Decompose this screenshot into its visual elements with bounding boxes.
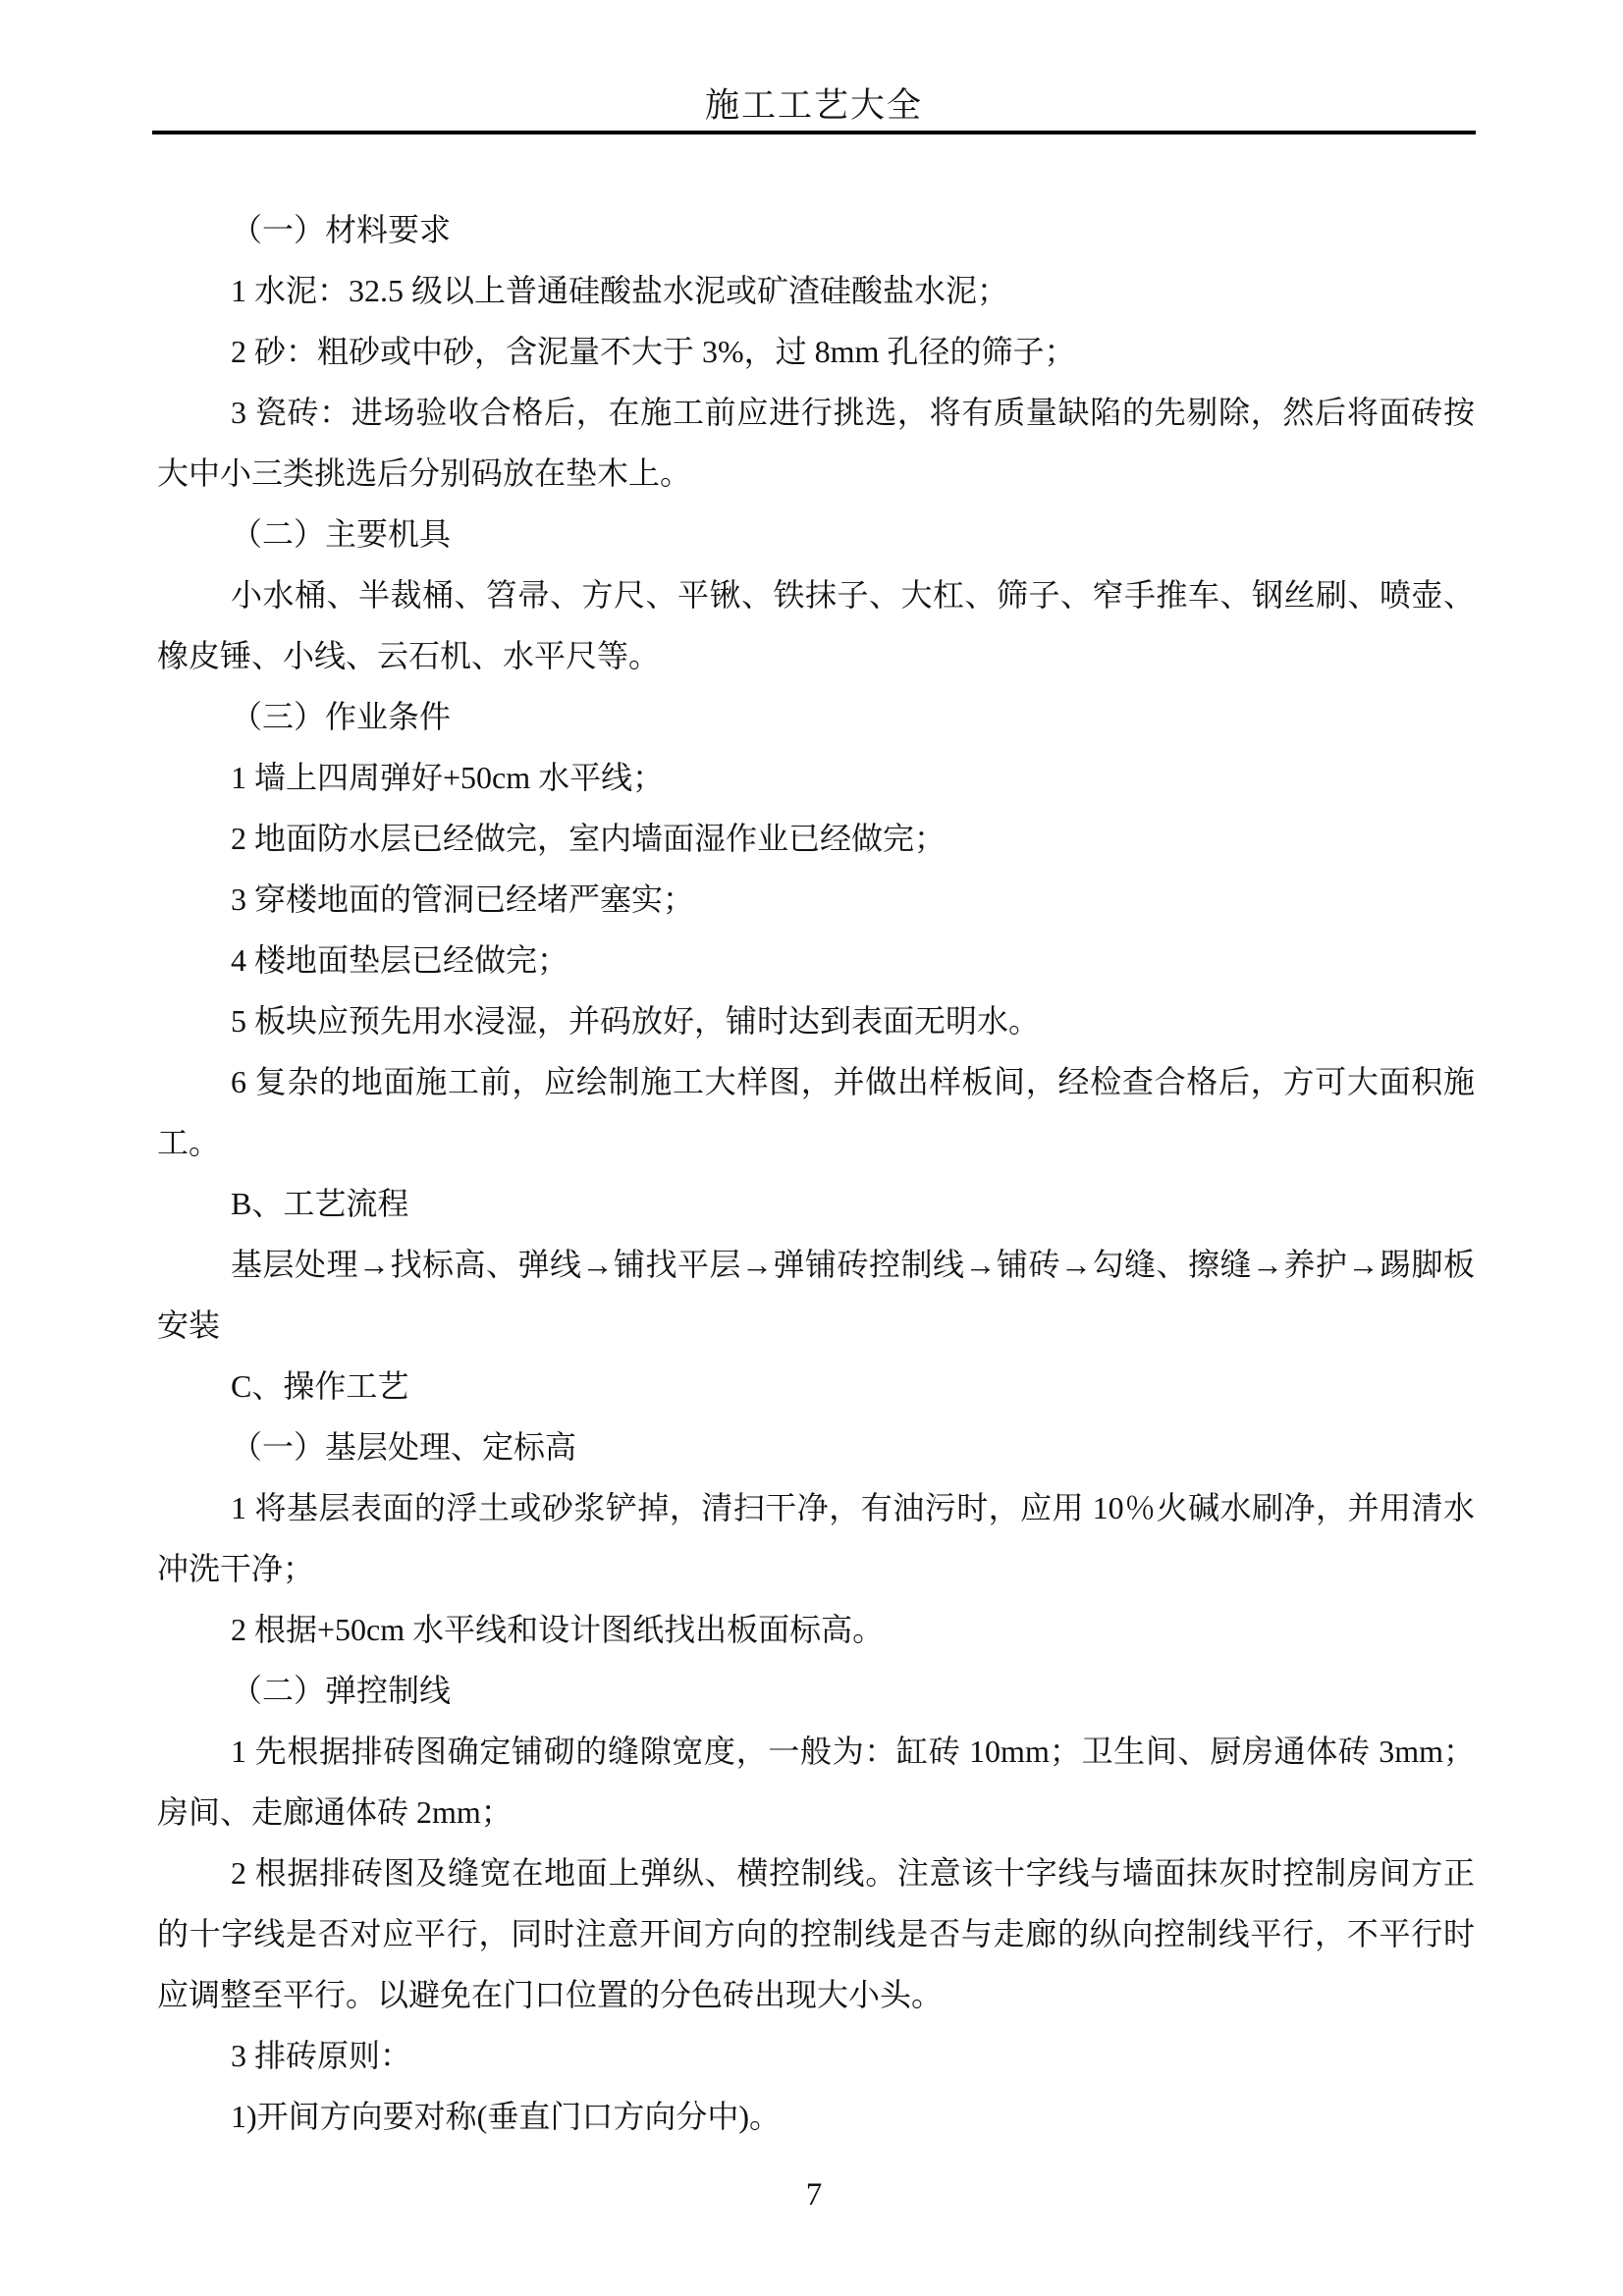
paragraph: 1 水泥：32.5 级以上普通硅酸盐水泥或矿渣硅酸盐水泥； — [157, 260, 1475, 321]
page-number: 7 — [152, 2171, 1476, 2218]
paragraph: 4 楼地面垫层已经做完； — [157, 930, 1475, 990]
paragraph: （一）基层处理、定标高 — [157, 1416, 1475, 1477]
paragraph: （一）材料要求 — [157, 199, 1475, 260]
paragraph: （二）弹控制线 — [157, 1660, 1475, 1721]
paragraph: 2 砂：粗砂或中砂，含泥量不大于 3%，过 8mm 孔径的筛子； — [157, 321, 1475, 382]
paragraph: 基层处理→找标高、弹线→铺找平层→弹铺砖控制线→铺砖→勾缝、擦缝→养护→踢脚板安… — [157, 1234, 1475, 1356]
paragraph: 1)开间方向要对称(垂直门口方向分中)。 — [157, 2086, 1475, 2147]
paragraph: （二）主要机具 — [157, 504, 1475, 564]
document-body: （一）材料要求1 水泥：32.5 级以上普通硅酸盐水泥或矿渣硅酸盐水泥；2 砂：… — [157, 199, 1475, 2147]
paragraph: 1 将基层表面的浮土或砂浆铲掉，清扫干净，有油污时，应用 10％火碱水刷净，并用… — [157, 1477, 1475, 1599]
paragraph: 2 地面防水层已经做完，室内墙面湿作业已经做完； — [157, 808, 1475, 869]
paragraph: 2 根据+50cm 水平线和设计图纸找出板面标高。 — [157, 1599, 1475, 1660]
paragraph: 小水桶、半裁桶、笤帚、方尺、平锹、铁抹子、大杠、筛子、窄手推车、钢丝刷、喷壶、橡… — [157, 564, 1475, 686]
paragraph: C、操作工艺 — [157, 1356, 1475, 1416]
document-page: 施工工艺大全 （一）材料要求1 水泥：32.5 级以上普通硅酸盐水泥或矿渣硅酸盐… — [0, 0, 1623, 2296]
paragraph: 3 穿楼地面的管洞已经堵严塞实； — [157, 869, 1475, 930]
paragraph: 3 排砖原则： — [157, 2025, 1475, 2086]
paragraph: 2 根据排砖图及缝宽在地面上弹纵、横控制线。注意该十字线与墙面抹灰时控制房间方正… — [157, 1842, 1475, 2025]
paragraph: B、工艺流程 — [157, 1173, 1475, 1234]
paragraph: （三）作业条件 — [157, 686, 1475, 747]
paragraph: 1 先根据排砖图确定铺砌的缝隙宽度，一般为：缸砖 10mm；卫生间、厨房通体砖 … — [157, 1721, 1475, 1842]
paragraph: 5 板块应预先用水浸湿，并码放好，铺时达到表面无明水。 — [157, 990, 1475, 1051]
paragraph: 3 瓷砖：进场验收合格后，在施工前应进行挑选，将有质量缺陷的先剔除，然后将面砖按… — [157, 382, 1475, 504]
paragraph: 6 复杂的地面施工前，应绘制施工大样图，并做出样板间，经检查合格后，方可大面积施… — [157, 1051, 1475, 1173]
header-title: 施工工艺大全 — [152, 84, 1476, 128]
header-rule — [152, 131, 1476, 134]
paragraph: 1 墙上四周弹好+50cm 水平线； — [157, 747, 1475, 808]
